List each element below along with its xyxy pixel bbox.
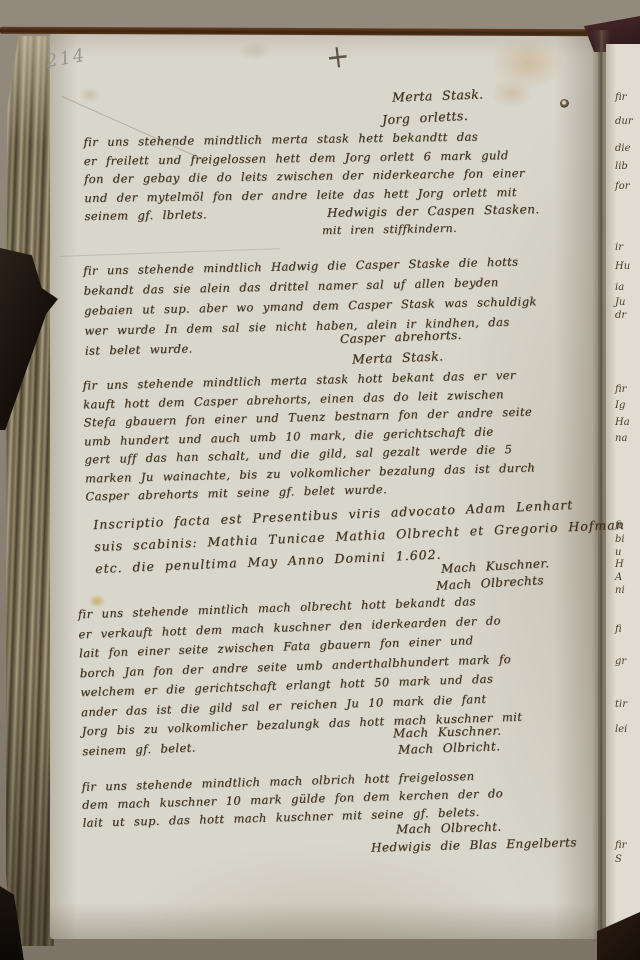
- facing-page-text-fragment: gr: [615, 656, 626, 667]
- ink-cross-mark: +: [324, 36, 352, 77]
- facing-page-text-fragment: H: [615, 559, 624, 570]
- facing-page-text-fragment: S: [615, 854, 622, 865]
- facing-page-text-fragment: A: [615, 572, 622, 583]
- facing-page-text-fragment: lib: [615, 161, 628, 172]
- manuscript-photo: fir dur die lib for ir Hu ia Ju dr fir I…: [0, 0, 640, 960]
- entry1-signature-line2: mit iren stiffkindern.: [322, 222, 457, 237]
- facing-page-text-fragment: ni: [615, 585, 625, 596]
- facing-page-text-fragment: Ha: [615, 417, 630, 428]
- facing-page-text-fragment: dr: [615, 310, 626, 321]
- entry3-paragraph: fir uns stehende mindtlich merta stask h…: [82, 366, 535, 506]
- facing-page-text-fragment: lei: [615, 724, 627, 735]
- facing-page-text-fragment: fir: [615, 384, 626, 395]
- facing-page-text-fragment: dur: [615, 116, 633, 127]
- facing-page-text-fragment: Hu: [615, 261, 630, 272]
- facing-page-strip: fir dur die lib for ir Hu ia Ju dr fir I…: [606, 44, 640, 932]
- entry3-heading-name: Merta Stask.: [352, 348, 444, 366]
- facing-page-text-fragment: Ju: [615, 297, 625, 308]
- entry1-heading-name: Merta Stask.: [392, 86, 484, 104]
- facing-page-text-fragment: tir: [615, 699, 627, 710]
- facing-page-text-fragment: ir: [615, 242, 623, 253]
- facing-page-text-fragment: Ig: [615, 400, 625, 411]
- facing-page-text-fragment: die: [615, 143, 631, 154]
- facing-page-text-fragment: ia: [615, 282, 624, 293]
- facing-page-text-fragment: na: [615, 433, 627, 444]
- facing-page-text-fragment: fi: [615, 624, 622, 635]
- entry2-paragraph: fir uns stehende mindtlich Hadwig die Ca…: [83, 251, 538, 360]
- grommet-dot: [560, 99, 569, 108]
- facing-page-text-fragment: for: [615, 181, 630, 192]
- entry5-signature: Mach Kuschner.: [393, 724, 502, 741]
- facing-page-text-fragment: fir: [615, 92, 626, 103]
- entry6-signature: Mach Olbrecht.: [396, 820, 502, 837]
- facing-page-text-fragment: fir: [615, 840, 626, 851]
- page-edge-stack: [6, 36, 54, 946]
